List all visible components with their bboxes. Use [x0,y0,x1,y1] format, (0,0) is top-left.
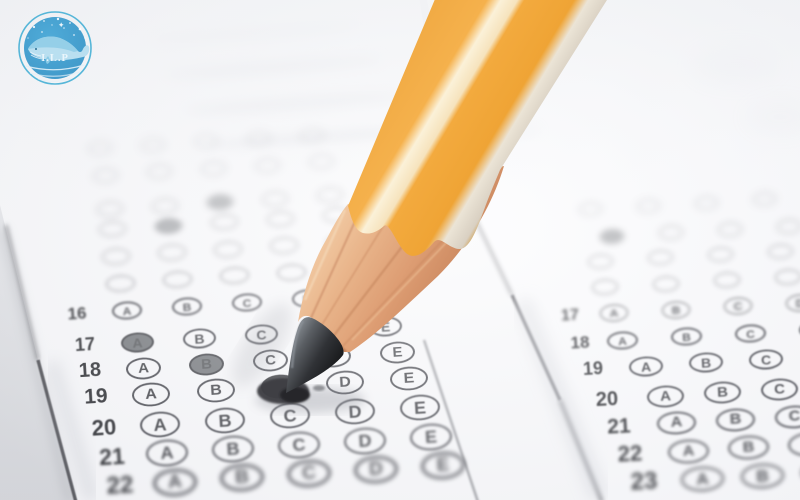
answer-bubble-18-B: B [670,327,702,347]
answer-bubble-23-A: A [680,466,724,493]
answer-bubble-20-B: B [703,381,741,405]
answer-bubble-17-A: A [600,304,629,323]
answer-bubble-17-D: D [786,294,800,313]
answer-bubble [767,243,793,259]
answer-bubble [592,279,619,296]
answer-bubble [775,269,800,286]
answer-bubble-17-C: C [724,297,753,316]
answer-bubble-19-B: B [689,352,724,374]
answer-bubble [653,275,680,292]
question-number: 22 [617,440,643,467]
answer-bubble-21-A: A [656,411,696,436]
answer-bubble-21-B: B [715,407,755,432]
question-number: 18 [570,333,590,354]
answer-bubble-21-C: C [774,404,800,429]
answer-bubble [718,222,743,237]
answer-bubble [714,272,741,289]
answer-bubble [659,225,684,240]
answer-bubble [578,202,602,216]
answer-bubble-17-B: B [662,300,691,319]
answer-bubble-18-A: A [606,330,638,350]
question-number: 19 [582,358,603,380]
answer-bubble [694,195,718,209]
answer-bubble [636,199,660,213]
answer-bubble [752,192,776,206]
question-number: 23 [630,467,658,496]
whale-logo: I.L.P [14,8,98,92]
answer-bubble [777,219,800,234]
answer-bubble [647,250,673,266]
answer-bubble-20-A: A [646,384,684,408]
logo-monogram: I.L.P [41,53,69,64]
question-number: 17 [561,307,580,326]
answer-bubble-23-B: B [740,462,784,489]
question-number: 20 [595,388,618,412]
answer-bubble-18-C: C [734,323,766,343]
answer-bubble-19-A: A [629,355,664,377]
answer-bubble [600,228,625,243]
scene: 16ABCDE17ABCDE18ABCDE19ABCDE20ABCDE21ABC… [0,0,800,500]
right-sheet-question-rows: 17ABCD18ABCD19ABC20ABC21ABC22ABC23ABC [0,0,800,500]
answer-bubble-20-C: C [760,378,798,402]
answer-bubble-22-B: B [727,435,769,461]
answer-bubble [587,253,613,269]
answer-bubble-22-A: A [667,438,709,464]
answer-bubble-19-C: C [749,349,784,371]
question-number: 21 [607,414,632,439]
answer-bubble [707,247,733,263]
answer-bubble-22-C: C [787,431,800,457]
